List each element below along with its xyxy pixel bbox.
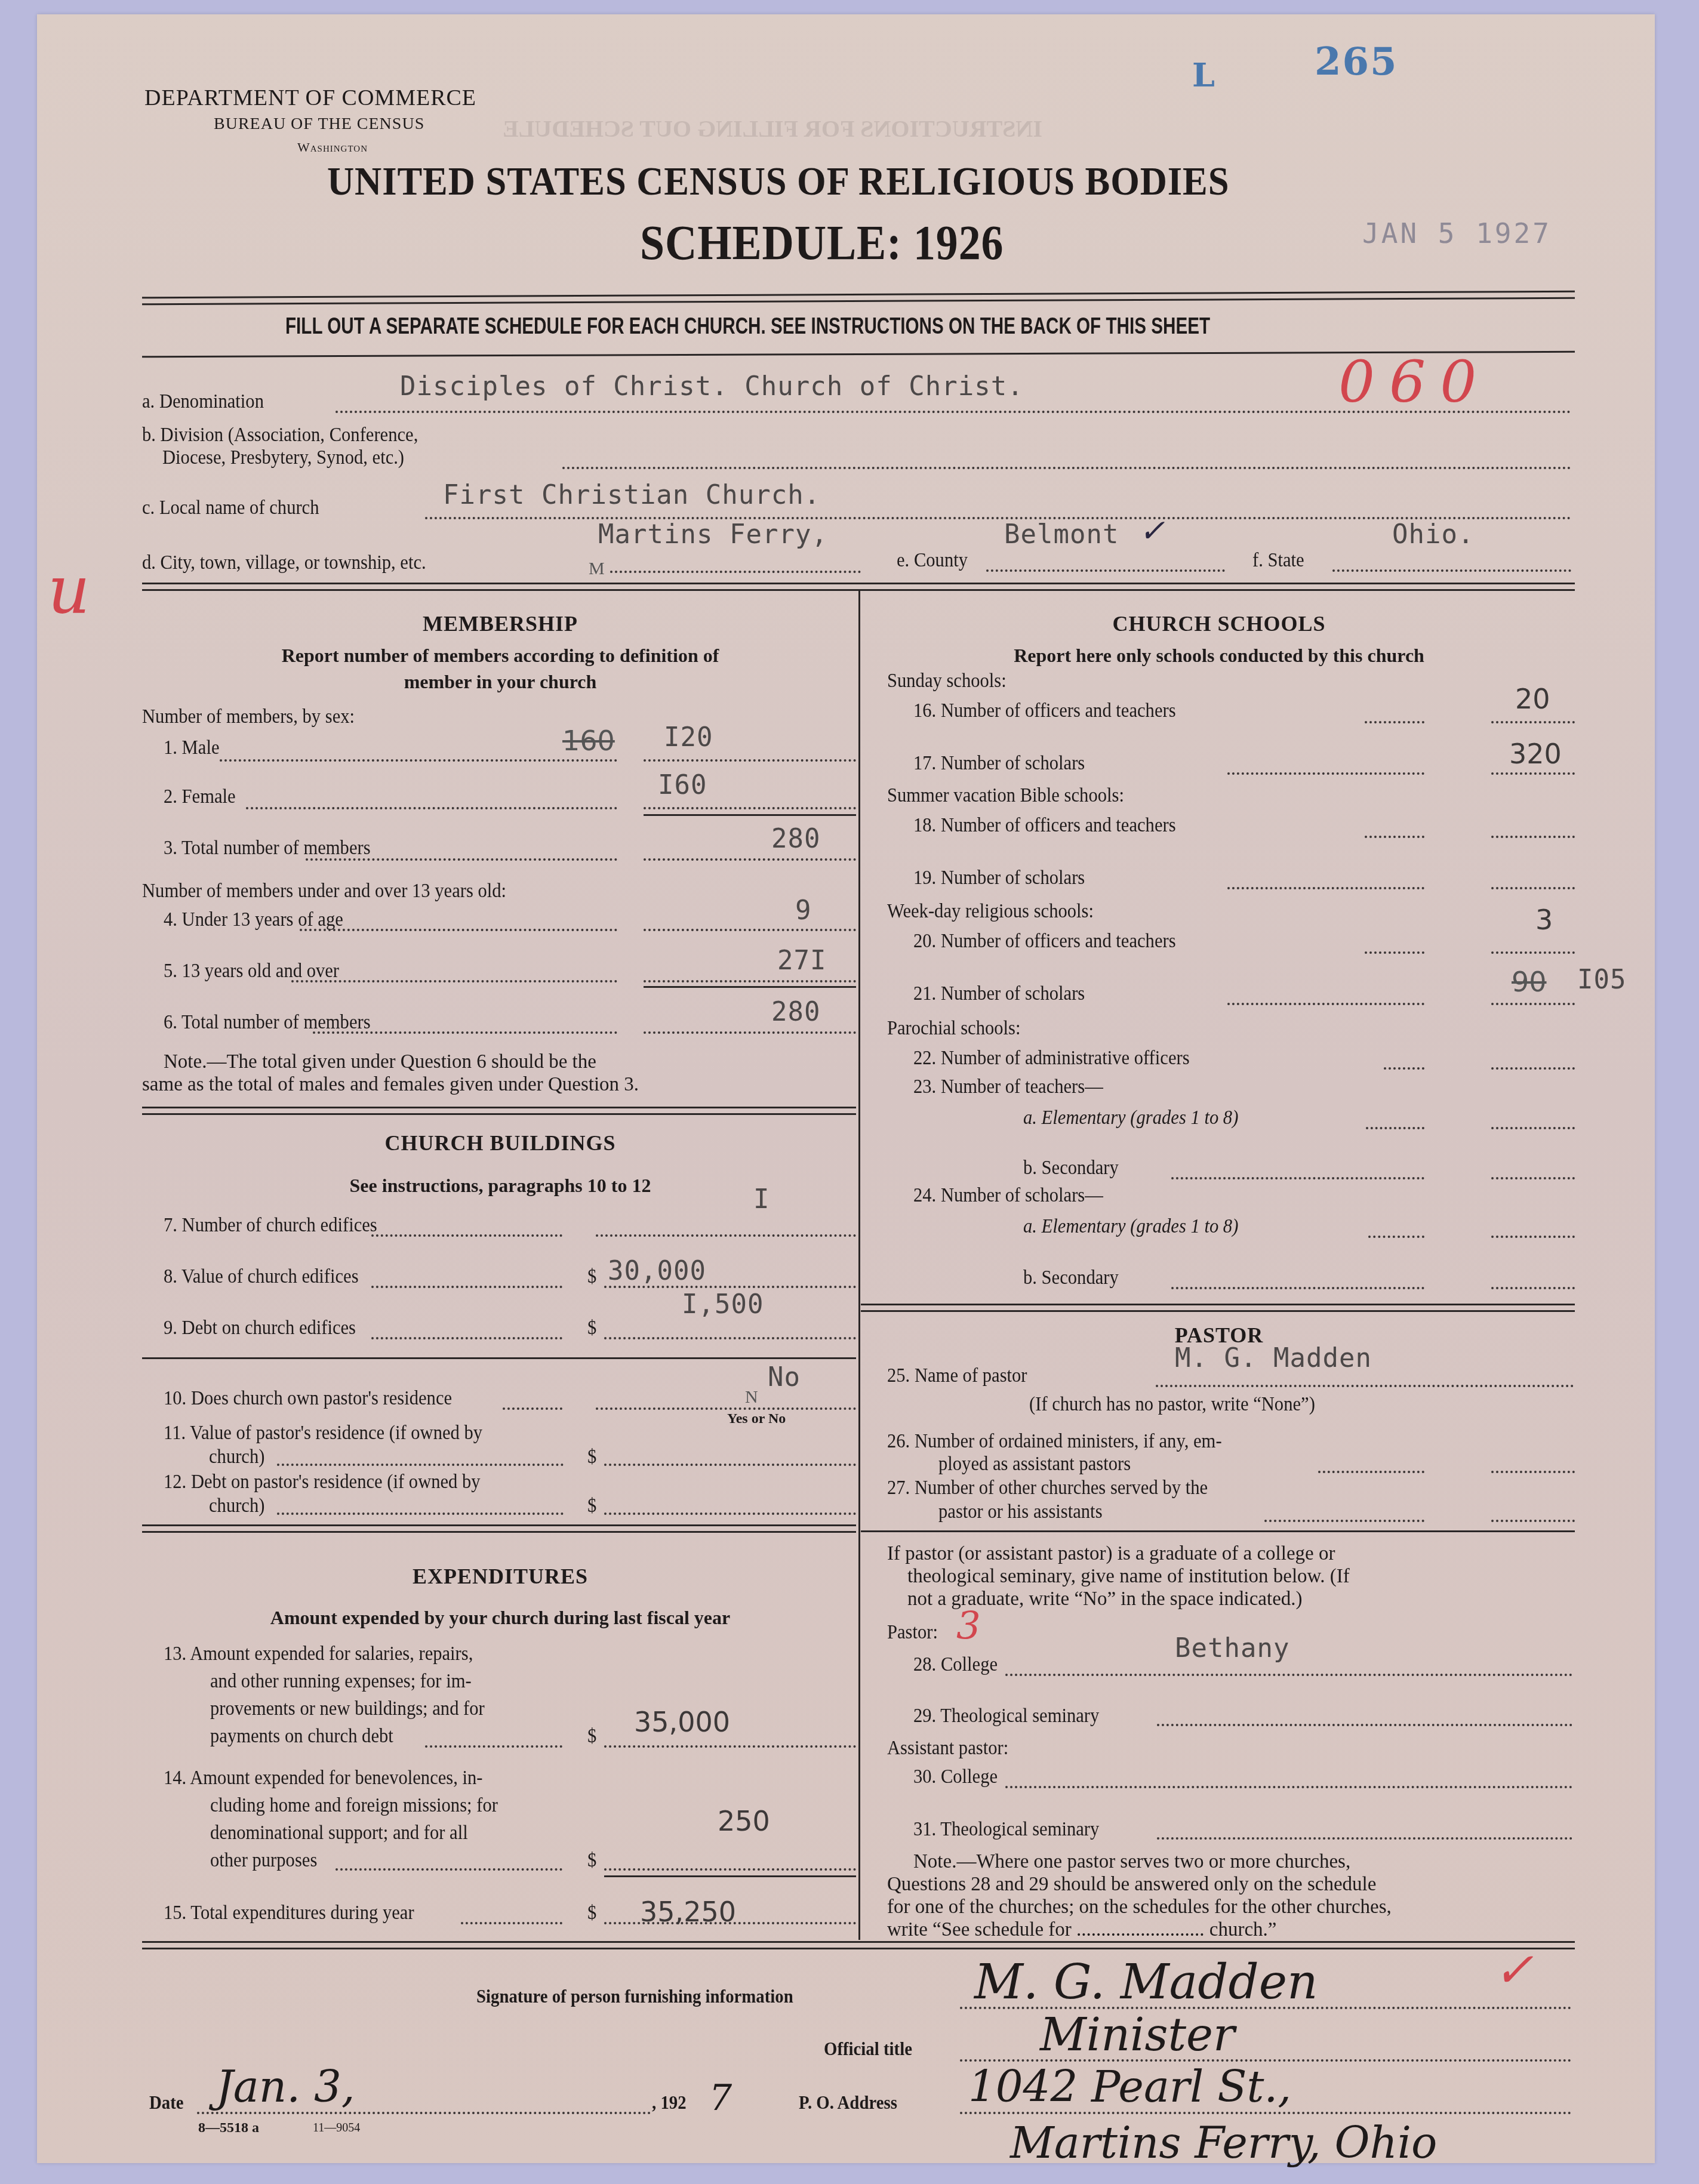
sunday-schools-label: Sunday schools: bbox=[887, 670, 1007, 692]
under-13-line bbox=[300, 929, 617, 931]
male-line bbox=[220, 759, 617, 762]
q31-label: 31. Theological seminary bbox=[913, 1818, 1099, 1841]
q30-field[interactable] bbox=[1005, 1786, 1572, 1788]
q16-line bbox=[1365, 721, 1424, 723]
date-label: Date bbox=[149, 2091, 184, 2114]
q29-field[interactable] bbox=[1157, 1724, 1572, 1726]
q21-field[interactable]: I05 bbox=[1577, 965, 1626, 995]
membership-note-line1: Note.—The total given under Question 6 s… bbox=[164, 1051, 850, 1073]
column-divider bbox=[858, 591, 860, 1940]
year-prefix: , 192 bbox=[652, 2091, 687, 2114]
residence-debt-field[interactable] bbox=[604, 1513, 856, 1515]
q21-struck-value: 90 bbox=[1512, 966, 1547, 998]
q16-label: 16. Number of officers and teachers bbox=[913, 700, 1176, 722]
by-age-label: Number of members under and over 13 year… bbox=[142, 880, 506, 902]
q15-line bbox=[461, 1922, 562, 1924]
q22-line bbox=[1384, 1067, 1424, 1070]
residence-debt-line bbox=[277, 1513, 564, 1515]
po-address-field-line1[interactable]: 1042 Pearl St., bbox=[968, 2062, 1291, 2112]
under-13-answer-line bbox=[644, 929, 856, 931]
residence-value-label-line1: 11. Value of pastor's residence (if owne… bbox=[164, 1422, 482, 1444]
q13-currency: $ bbox=[587, 1725, 596, 1748]
male-struck-value: 160 bbox=[562, 725, 615, 757]
membership-heading: MEMBERSHIP bbox=[142, 611, 858, 636]
state-line bbox=[1332, 569, 1571, 572]
q13-label-line1: 13. Amount expended for salaries, repair… bbox=[164, 1643, 473, 1665]
under-13-label: 4. Under 13 years of age bbox=[164, 908, 343, 931]
membership-divider bbox=[142, 1107, 856, 1115]
q13-answer-line bbox=[604, 1745, 856, 1748]
bureau-name: BUREAU OF THE CENSUS bbox=[214, 115, 424, 134]
census-schedule-sheet: INSTRUCTIONS FOR FILLING OUT SCHEDULE L … bbox=[37, 14, 1655, 2163]
q13-label-line4: payments on church debt bbox=[210, 1725, 393, 1748]
residence-value-field[interactable] bbox=[604, 1464, 856, 1466]
division-label-line1: b. Division (Association, Conference, bbox=[142, 424, 418, 446]
parochial-schools-label: Parochial schools: bbox=[887, 1017, 1021, 1040]
own-residence-answer-line bbox=[596, 1407, 856, 1410]
county-field[interactable]: Belmont bbox=[1004, 519, 1119, 550]
state-field[interactable]: Ohio. bbox=[1392, 519, 1474, 550]
edifice-debt-answer-line bbox=[604, 1337, 856, 1339]
pastor-none-hint: (If church has no pastor, write “None”) bbox=[1029, 1393, 1315, 1416]
edifice-count-line bbox=[371, 1234, 562, 1237]
pastor-note-line3: for one of the churches; on the schedule… bbox=[887, 1896, 1574, 1918]
q27-label-line1: 27. Number of other churches served by t… bbox=[887, 1477, 1208, 1499]
q14-label-line3: denominational support; and for all bbox=[210, 1822, 468, 1844]
signature-red-check: ✓ bbox=[1494, 1942, 1534, 1998]
q13-field[interactable]: 35,000 bbox=[634, 1706, 730, 1738]
q16-answer-line bbox=[1491, 721, 1575, 723]
q24a-line bbox=[1368, 1236, 1424, 1238]
schedule-year: SCHEDULE: 1926 bbox=[640, 215, 1004, 271]
pastor-note-line4: write “See schedule for ................… bbox=[887, 1918, 1574, 1941]
residence-value-currency: $ bbox=[587, 1446, 596, 1468]
q13-line bbox=[425, 1745, 562, 1748]
red-code-annotation: 060 bbox=[1338, 349, 1491, 415]
residence-debt-label-line1: 12. Debt on pastor's residence (if owned… bbox=[164, 1471, 481, 1493]
denomination-label: a. Denomination bbox=[142, 390, 264, 413]
q18-field[interactable] bbox=[1491, 836, 1575, 838]
church-schools-subheading: Report here only schools conducted by th… bbox=[867, 642, 1571, 669]
by-sex-label: Number of members, by sex: bbox=[142, 706, 355, 728]
edifice-count-field[interactable]: I bbox=[753, 1184, 770, 1215]
date-line bbox=[197, 2112, 651, 2114]
header-divider bbox=[142, 291, 1575, 305]
pastor-divider bbox=[861, 1530, 1575, 1532]
q23b-label: b. Secondary bbox=[1023, 1157, 1119, 1179]
local-name-field[interactable]: First Christian Church. bbox=[443, 480, 820, 510]
po-address-field-line2[interactable]: Martins Ferry, Ohio bbox=[1010, 2118, 1437, 2168]
division-label-line2: Diocese, Presbytery, Synod, etc.) bbox=[162, 446, 404, 469]
q23b-line bbox=[1171, 1177, 1424, 1179]
date-field[interactable]: Jan. 3, bbox=[216, 2062, 355, 2112]
edifice-value-currency: $ bbox=[587, 1265, 596, 1288]
q15-label: 15. Total expenditures during year bbox=[164, 1902, 414, 1924]
q24a-field[interactable] bbox=[1491, 1236, 1575, 1238]
residence-debt-label-line2: church) bbox=[209, 1495, 264, 1517]
q26-label-line2: ployed as assistant pastors bbox=[938, 1453, 1131, 1475]
edifice-value-label: 8. Value of church edifices bbox=[164, 1265, 359, 1288]
q26-field[interactable] bbox=[1491, 1471, 1575, 1473]
over-13-label: 5. 13 years old and over bbox=[164, 960, 339, 982]
total-members-age-answer-line bbox=[644, 1031, 856, 1034]
county-checkmark: ✓ bbox=[1139, 513, 1165, 549]
identification-divider bbox=[142, 583, 1575, 591]
under-13-field[interactable]: 9 bbox=[795, 895, 812, 926]
total-members-line bbox=[306, 858, 617, 861]
edifice-divider bbox=[142, 1357, 856, 1359]
q17-field[interactable]: 320 bbox=[1509, 738, 1562, 770]
edifice-count-label: 7. Number of church edifices bbox=[164, 1214, 377, 1237]
official-title-field[interactable]: Minister bbox=[1040, 2008, 1235, 2061]
q14-answer-line bbox=[604, 1868, 856, 1871]
body-bottom-divider bbox=[142, 1941, 1575, 1949]
city-line bbox=[610, 571, 861, 573]
pastor-name-line bbox=[1156, 1385, 1574, 1387]
form-number: 8—5518 a bbox=[198, 2120, 259, 2136]
graduate-note-line1: If pastor (or assistant pastor) is a gra… bbox=[887, 1542, 1580, 1565]
q13-label-line3: provements or new buildings; and for bbox=[210, 1698, 485, 1720]
county-line bbox=[986, 569, 1225, 572]
edifice-value-line bbox=[371, 1286, 562, 1288]
total-members-field[interactable]: 280 bbox=[771, 824, 820, 854]
pastor-note-line1: Note.—Where one pastor serves two or mor… bbox=[913, 1850, 1576, 1873]
total-members-label: 3. Total number of members bbox=[164, 837, 371, 860]
print-code: 11—9054 bbox=[313, 2121, 360, 2135]
edifice-debt-field[interactable]: I,500 bbox=[682, 1289, 764, 1320]
weekday-schools-label: Week-day religious schools: bbox=[887, 900, 1094, 923]
schools-divider bbox=[861, 1304, 1575, 1312]
state-label: f. State bbox=[1252, 549, 1304, 572]
q26-label-line1: 26. Number of ordained ministers, if any… bbox=[887, 1430, 1222, 1453]
own-residence-line bbox=[503, 1407, 562, 1410]
q20-field[interactable]: 3 bbox=[1535, 904, 1553, 936]
denomination-line bbox=[336, 411, 1571, 413]
department-name: DEPARTMENT OF COMMERCE bbox=[144, 85, 476, 111]
female-answer-line bbox=[644, 807, 856, 809]
q14-field[interactable]: 250 bbox=[718, 1805, 770, 1837]
pastor-section-label: Pastor: bbox=[887, 1621, 938, 1644]
total-members-age-line bbox=[313, 1031, 617, 1034]
q24b-line bbox=[1171, 1287, 1424, 1289]
q14-sum-rule bbox=[604, 1875, 856, 1877]
local-name-label: c. Local name of church bbox=[142, 497, 319, 519]
edifice-value-field[interactable]: 30,000 bbox=[608, 1256, 706, 1286]
q28-field[interactable]: Bethany bbox=[1175, 1633, 1289, 1664]
q23a-line bbox=[1366, 1127, 1424, 1129]
expenditures-subheading: Amount expended by your church during la… bbox=[142, 1604, 858, 1631]
official-title-label: Official title bbox=[824, 2038, 912, 2060]
q18-line bbox=[1365, 836, 1424, 838]
q24-label: 24. Number of scholars— bbox=[913, 1184, 1103, 1207]
bureau-city: Washington bbox=[297, 140, 368, 155]
male-label: 1. Male bbox=[164, 737, 219, 759]
assistant-pastor-label: Assistant pastor: bbox=[887, 1737, 1008, 1760]
division-field[interactable] bbox=[562, 467, 1571, 469]
po-address-line bbox=[960, 2112, 1571, 2114]
q14-label-line4: other purposes bbox=[210, 1849, 317, 1872]
q23-label: 23. Number of teachers— bbox=[913, 1076, 1103, 1098]
city-field[interactable]: Martins Ferry, bbox=[598, 519, 828, 550]
q17-label: 17. Number of scholars bbox=[913, 752, 1085, 775]
residence-debt-currency: $ bbox=[587, 1495, 596, 1517]
q20-label: 20. Number of officers and teachers bbox=[913, 930, 1176, 953]
female-sum-rule bbox=[644, 814, 856, 816]
buildings-divider bbox=[142, 1524, 856, 1533]
over-13-line bbox=[291, 980, 617, 982]
q19-line bbox=[1227, 887, 1424, 889]
membership-subheading-line2: member in your church bbox=[142, 669, 858, 695]
own-residence-field[interactable]: No bbox=[768, 1362, 801, 1393]
q30-label: 30. College bbox=[913, 1766, 998, 1788]
city-label: d. City, town, village, or township, etc… bbox=[142, 552, 426, 574]
edifice-count-answer-line bbox=[596, 1234, 856, 1237]
signature-label: Signature of person furnishing informati… bbox=[476, 1985, 793, 2007]
q24a-label: a. Elementary (grades 1 to 8) bbox=[1023, 1215, 1238, 1238]
edifice-debt-label: 9. Debt on church edifices bbox=[164, 1317, 356, 1339]
q14-label-line2: cluding home and foreign missions; for bbox=[210, 1794, 498, 1817]
q22-label: 22. Number of administrative officers bbox=[913, 1047, 1190, 1070]
own-residence-label: 10. Does church own pastor's residence bbox=[164, 1387, 452, 1410]
q27-label-line2: pastor or his assistants bbox=[938, 1501, 1103, 1523]
pastor-note-line2: Questions 28 and 29 should be answered o… bbox=[887, 1873, 1574, 1896]
received-date-stamp: JAN 5 1927 bbox=[1362, 217, 1552, 249]
q16-field[interactable]: 20 bbox=[1515, 683, 1550, 715]
q21-label: 21. Number of scholars bbox=[913, 982, 1085, 1005]
q17-answer-line bbox=[1491, 772, 1575, 775]
pastor-red-mark: 3 bbox=[956, 1604, 981, 1649]
file-mark-stamp: L bbox=[1192, 56, 1215, 94]
pastor-name-label: 25. Name of pastor bbox=[887, 1364, 1027, 1387]
q27-field[interactable] bbox=[1491, 1520, 1575, 1522]
female-field[interactable]: I60 bbox=[658, 770, 707, 800]
q23a-field[interactable] bbox=[1491, 1127, 1575, 1129]
q24b-field[interactable] bbox=[1491, 1287, 1575, 1289]
membership-note-line2: same as the total of males and females g… bbox=[142, 1073, 852, 1096]
church-buildings-subheading: See instructions, paragraphs 10 to 12 bbox=[142, 1172, 858, 1199]
q24b-label: b. Secondary bbox=[1023, 1267, 1119, 1289]
q14-currency: $ bbox=[587, 1849, 596, 1872]
q29-label: 29. Theological seminary bbox=[913, 1705, 1099, 1727]
q23a-label: a. Elementary (grades 1 to 8) bbox=[1023, 1107, 1238, 1129]
q18-label: 18. Number of officers and teachers bbox=[913, 814, 1176, 837]
total-members-age-field[interactable]: 280 bbox=[771, 997, 820, 1027]
female-line bbox=[246, 807, 617, 809]
graduate-note-line3: not a graduate, write “No” in the space … bbox=[907, 1588, 1576, 1610]
city-initial: M bbox=[589, 559, 605, 579]
q22-field[interactable] bbox=[1491, 1067, 1575, 1070]
q17-line bbox=[1227, 772, 1424, 775]
margin-red-mark: u bbox=[48, 552, 90, 628]
over-13-field[interactable]: 27I bbox=[777, 945, 826, 976]
membership-subheading-line1: Report number of members according to de… bbox=[142, 642, 858, 669]
county-label: e. County bbox=[897, 549, 968, 572]
graduate-note-line2: theological seminary, give name of insti… bbox=[907, 1565, 1576, 1588]
edifice-debt-currency: $ bbox=[587, 1317, 596, 1339]
own-residence-initial: N bbox=[745, 1387, 758, 1407]
signature-field[interactable]: M. G. Madden bbox=[974, 1954, 1318, 2010]
year-field[interactable]: 7 bbox=[709, 2077, 732, 2119]
q31-field[interactable] bbox=[1157, 1837, 1572, 1840]
q19-label: 19. Number of scholars bbox=[913, 867, 1085, 889]
over-13-answer-line bbox=[644, 980, 856, 982]
over-13-sum-rule bbox=[644, 986, 856, 988]
q20-answer-line bbox=[1491, 951, 1575, 954]
q26-line bbox=[1318, 1471, 1424, 1473]
edifice-debt-line bbox=[371, 1337, 562, 1339]
residence-value-label-line2: church) bbox=[209, 1446, 264, 1468]
q21-line bbox=[1227, 1003, 1424, 1005]
q27-line bbox=[1264, 1520, 1424, 1522]
q28-label: 28. College bbox=[913, 1653, 998, 1676]
total-members-age-label: 6. Total number of members bbox=[164, 1011, 371, 1034]
q15-currency: $ bbox=[587, 1902, 596, 1924]
bleed-through-heading: INSTRUCTIONS FOR FILLING OUT SCHEDULE bbox=[503, 115, 1042, 143]
form-title: UNITED STATES CENSUS OF RELIGIOUS BODIES bbox=[327, 158, 1229, 205]
q21-answer-line bbox=[1491, 1003, 1575, 1005]
q19-field[interactable] bbox=[1491, 887, 1575, 889]
total-members-answer-line bbox=[644, 858, 856, 861]
q20-line bbox=[1365, 951, 1424, 954]
church-buildings-heading: CHURCH BUILDINGS bbox=[142, 1130, 858, 1156]
residence-value-line bbox=[277, 1464, 564, 1466]
expenditures-heading: EXPENDITURES bbox=[142, 1564, 858, 1589]
denomination-field[interactable]: Disciples of Christ. Church of Christ. bbox=[400, 371, 1024, 402]
q15-field[interactable]: 35,250 bbox=[640, 1896, 736, 1928]
q28-line bbox=[1005, 1674, 1572, 1676]
yes-or-no-hint: Yes or No bbox=[727, 1411, 786, 1427]
q14-label-line1: 14. Amount expended for benevolences, in… bbox=[164, 1767, 483, 1789]
q13-label-line2: and other running expenses; for im- bbox=[210, 1670, 472, 1693]
pastor-name-field[interactable]: M. G. Madden bbox=[1175, 1343, 1372, 1373]
file-number-stamp: 265 bbox=[1315, 39, 1398, 84]
po-address-label: P. O. Address bbox=[799, 2091, 897, 2114]
summer-schools-label: Summer vacation Bible schools: bbox=[887, 784, 1124, 807]
q23b-field[interactable] bbox=[1491, 1177, 1575, 1179]
q14-line bbox=[336, 1868, 562, 1871]
church-schools-heading: CHURCH SCHOOLS bbox=[867, 611, 1571, 636]
female-label: 2. Female bbox=[164, 785, 236, 808]
male-field[interactable]: I20 bbox=[664, 722, 713, 753]
male-answer-line bbox=[644, 759, 856, 762]
fill-out-instruction: FILL OUT A SEPARATE SCHEDULE FOR EACH CH… bbox=[285, 314, 1210, 340]
